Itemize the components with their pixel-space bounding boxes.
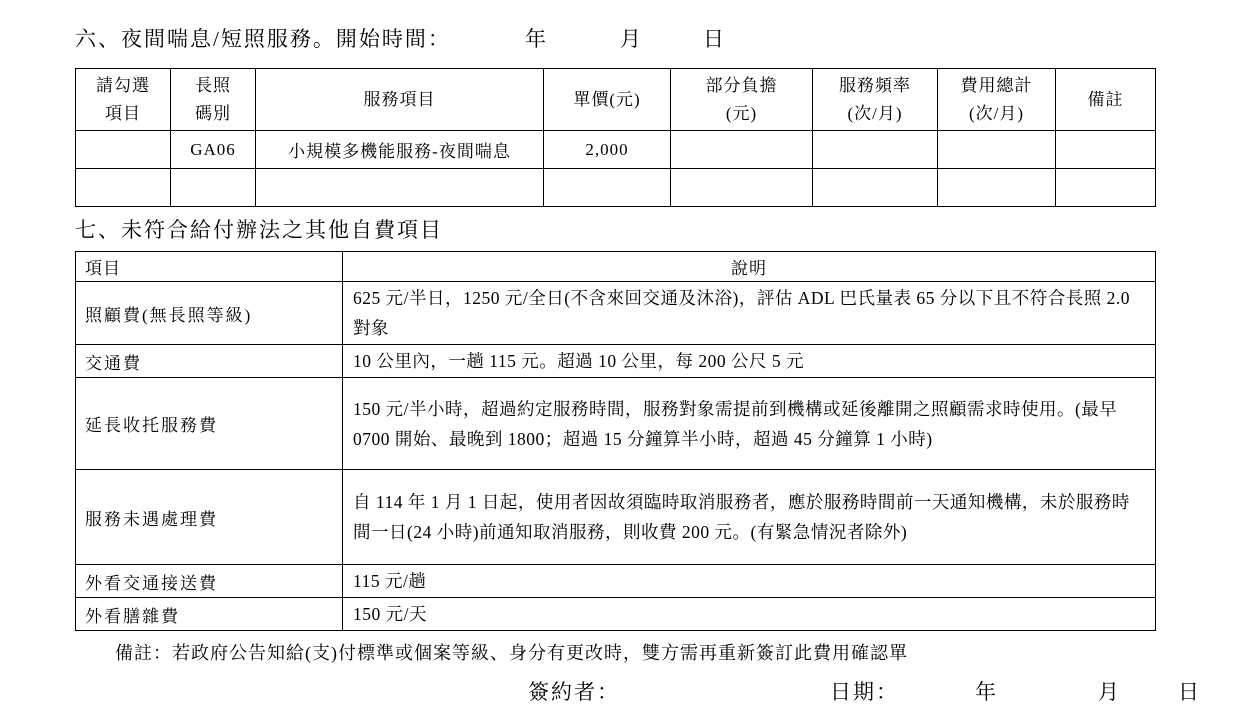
signature-footer: 簽約者： 日期： 年 月 日	[0, 676, 1241, 712]
table2-row-care-fee: 照顧費(無長照等級) 625 元/半日，1250 元/全日(不含來回交通及沐浴)…	[76, 282, 1156, 345]
table1-row-empty	[76, 169, 1156, 207]
cell-item: 外看交通接送費	[76, 565, 343, 598]
document-page: 六、夜間喘息/短照服務。開始時間： 年 月 日 請勾選 項目 長照 碼別 服務項…	[0, 0, 1241, 726]
cell-item: 外看膳雜費	[76, 598, 343, 631]
cell-description: 115 元/趟	[343, 565, 1156, 598]
cell-copayment	[671, 131, 813, 169]
month-label: 月	[1098, 676, 1121, 706]
self-pay-items-table: 項目 說明 照顧費(無長照等級) 625 元/半日，1250 元/全日(不含來回…	[75, 251, 1156, 631]
table1-header-row: 請勾選 項目 長照 碼別 服務項目 單價(元) 部分負擔 (元) 服務頻率 (次…	[76, 69, 1156, 131]
col-header-copayment: 部分負擔 (元)	[671, 69, 813, 131]
section6-heading: 六、夜間喘息/短照服務。開始時間： 年 月 日	[75, 24, 1155, 68]
col-header-frequency: 服務頻率 (次/月)	[813, 69, 938, 131]
table1-row-ga06: GA06 小規模多機能服務-夜間喘息 2,000	[76, 131, 1156, 169]
cell-frequency	[813, 131, 938, 169]
col-header-unit-price: 單價(元)	[544, 69, 671, 131]
col-header-checkbox: 請勾選 項目	[76, 69, 171, 131]
cell-item: 延長收托服務費	[76, 378, 343, 470]
cell-ltc-code: GA06	[171, 131, 256, 169]
cell-frequency	[813, 169, 938, 207]
col-header-ltc-code: 長照 碼別	[171, 69, 256, 131]
table2-row-transport-fee: 交通費 10 公里內，一趟 115 元。超過 10 公里，每 200 公尺 5 …	[76, 345, 1156, 378]
cell-remarks	[1056, 169, 1156, 207]
cell-remarks	[1056, 131, 1156, 169]
col-header-remarks: 備註	[1056, 69, 1156, 131]
cell-description: 150 元/半小時，超過約定服務時間，服務對象需提前到機構或延後離開之照顧需求時…	[343, 378, 1156, 470]
cell-ltc-code	[171, 169, 256, 207]
section7-heading: 七、未符合給付辦法之其他自費項目	[75, 213, 1155, 251]
night-respite-service-table: 請勾選 項目 長照 碼別 服務項目 單價(元) 部分負擔 (元) 服務頻率 (次…	[75, 68, 1156, 207]
document-content: 六、夜間喘息/短照服務。開始時間： 年 月 日 請勾選 項目 長照 碼別 服務項…	[75, 24, 1155, 665]
table2-row-missed-service-fee: 服務未遇處理費 自 114 年 1 月 1 日起，使用者因故須臨時取消服務者，應…	[76, 470, 1156, 565]
section6-title: 六、夜間喘息/短照服務。開始時間：	[75, 27, 451, 51]
cell-item: 照顧費(無長照等級)	[76, 282, 343, 345]
day-label: 日	[1178, 676, 1201, 706]
table2-row-escort-meal-fee: 外看膳雜費 150 元/天	[76, 598, 1156, 631]
cell-total-cost	[938, 169, 1056, 207]
cell-description: 10 公里內，一趟 115 元。超過 10 公里，每 200 公尺 5 元	[343, 345, 1156, 378]
col-header-service-item: 服務項目	[256, 69, 544, 131]
col-header-item: 項目	[76, 252, 343, 282]
table2-row-escort-transport-fee: 外看交通接送費 115 元/趟	[76, 565, 1156, 598]
cell-item: 服務未遇處理費	[76, 470, 343, 565]
section6-month-label: 月	[620, 24, 643, 54]
cell-service-item: 小規模多機能服務-夜間喘息	[256, 131, 544, 169]
cell-checkbox	[76, 169, 171, 207]
cell-description: 625 元/半日，1250 元/全日(不含來回交通及沐浴)，評估 ADL 巴氏量…	[343, 282, 1156, 345]
section7-title: 七、未符合給付辦法之其他自費項目	[75, 218, 443, 242]
table2-header-row: 項目 說明	[76, 252, 1156, 282]
remark-note: 備註：若政府公告知給(支)付標準或個案等級、身分有更改時，雙方需再重新簽訂此費用…	[75, 639, 1155, 665]
table2-row-extended-care-fee: 延長收托服務費 150 元/半小時，超過約定服務時間，服務對象需提前到機構或延後…	[76, 378, 1156, 470]
cell-service-item	[256, 169, 544, 207]
date-label: 日期：	[830, 676, 899, 706]
cell-description: 自 114 年 1 月 1 日起，使用者因故須臨時取消服務者，應於服務時間前一天…	[343, 470, 1156, 565]
year-label: 年	[975, 676, 998, 706]
cell-copayment	[671, 169, 813, 207]
section6-year-label: 年	[525, 24, 548, 54]
cell-description: 150 元/天	[343, 598, 1156, 631]
col-header-total-cost: 費用總計 (次/月)	[938, 69, 1056, 131]
cell-unit-price	[544, 169, 671, 207]
section6-day-label: 日	[703, 24, 726, 54]
cell-total-cost	[938, 131, 1056, 169]
cell-item: 交通費	[76, 345, 343, 378]
col-header-description: 說明	[343, 252, 1156, 282]
cell-unit-price: 2,000	[544, 131, 671, 169]
cell-checkbox	[76, 131, 171, 169]
signer-label: 簽約者：	[528, 676, 620, 706]
